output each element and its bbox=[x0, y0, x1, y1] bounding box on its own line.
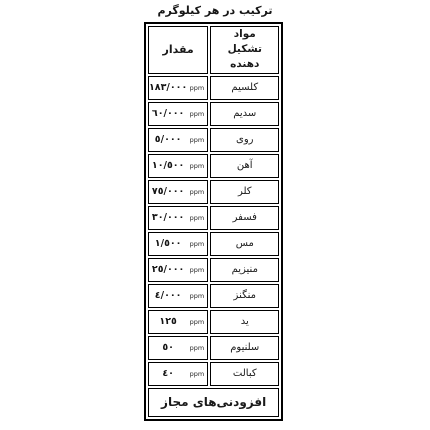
table-row: ١٨٣/٠٠٠ ppm کلسیم bbox=[148, 76, 279, 100]
table-row: ١/٥٠٠ ppm مس bbox=[148, 232, 279, 256]
table-row: ٥/٠٠٠ ppm روی bbox=[148, 128, 279, 152]
ingredient-name: ید bbox=[210, 310, 279, 334]
unit-label: ppm bbox=[187, 344, 207, 352]
amount-cell: ٤/٠٠٠ ppm bbox=[148, 284, 208, 308]
unit-label: ppm bbox=[187, 214, 207, 222]
amount-value: ٧٥/٠٠٠ bbox=[149, 186, 187, 197]
table-row: ٦٠/٠٠٠ ppm سدیم bbox=[148, 102, 279, 126]
table-body: ١٨٣/٠٠٠ ppm کلسیم ٦٠/٠٠٠ ppm سدیم ٥/٠٠٠ … bbox=[148, 76, 279, 386]
table-row: ٥٠ ppm سلنیوم bbox=[148, 336, 279, 360]
amount-value: ٢٥/٠٠٠ bbox=[149, 264, 187, 275]
unit-label: ppm bbox=[187, 162, 207, 170]
page: ترکیب در هر کیلوگرم مقدار مواد تشکیل دهن… bbox=[0, 0, 430, 430]
amount-cell: ١٨٣/٠٠٠ ppm bbox=[148, 76, 208, 100]
unit-label: ppm bbox=[187, 240, 207, 248]
unit-label: ppm bbox=[187, 318, 207, 326]
amount-cell: ٦٠/٠٠٠ ppm bbox=[148, 102, 208, 126]
table-row: ١٠/٥٠٠ ppm آهن bbox=[148, 154, 279, 178]
amount-value: ١٢٥ bbox=[149, 316, 187, 327]
table-row: ٢٥/٠٠٠ ppm منیزیم bbox=[148, 258, 279, 282]
table-row: ٤٠ ppm کبالت bbox=[148, 362, 279, 386]
unit-label: ppm bbox=[187, 110, 207, 118]
permitted-additives-cell: افزودنی‌های مجاز bbox=[148, 388, 279, 417]
unit-label: ppm bbox=[187, 292, 207, 300]
unit-label: ppm bbox=[187, 136, 207, 144]
ingredient-name: کبالت bbox=[210, 362, 279, 386]
amount-value: ٤٠ bbox=[149, 368, 187, 379]
ingredients-header-line2: تشکیل دهنده bbox=[214, 42, 275, 72]
table-row: ٧٥/٠٠٠ ppm کلر bbox=[148, 180, 279, 204]
amount-value: ١٠/٥٠٠ bbox=[149, 160, 187, 171]
ingredient-name: فسفر bbox=[210, 206, 279, 230]
amount-column-header: مقدار bbox=[148, 26, 208, 74]
ingredient-name: منیزیم bbox=[210, 258, 279, 282]
amount-cell: ٢٥/٠٠٠ ppm bbox=[148, 258, 208, 282]
amount-value: ٦٠/٠٠٠ bbox=[149, 108, 187, 119]
amount-cell: ٥٠ ppm bbox=[148, 336, 208, 360]
amount-cell: ١/٥٠٠ ppm bbox=[148, 232, 208, 256]
composition-table: مقدار مواد تشکیل دهنده ١٨٣/٠٠٠ ppm کلسیم… bbox=[144, 22, 283, 421]
table-row: ٣٠/٠٠٠ ppm فسفر bbox=[148, 206, 279, 230]
ingredient-name: کلسیم bbox=[210, 76, 279, 100]
amount-value: ١٨٣/٠٠٠ bbox=[149, 82, 187, 93]
ingredient-name: سلنیوم bbox=[210, 336, 279, 360]
ingredient-name: مس bbox=[210, 232, 279, 256]
ingredients-header-line1: مواد bbox=[214, 27, 275, 42]
amount-value: ٥/٠٠٠ bbox=[149, 134, 187, 145]
table-row: ١٢٥ ppm ید bbox=[148, 310, 279, 334]
table-header-row: مقدار مواد تشکیل دهنده bbox=[148, 26, 279, 74]
table-footer-row: افزودنی‌های مجاز bbox=[148, 388, 279, 417]
unit-label: ppm bbox=[187, 188, 207, 196]
unit-label: ppm bbox=[187, 266, 207, 274]
amount-value: ٥٠ bbox=[149, 342, 187, 353]
table-title: ترکیب در هر کیلوگرم bbox=[140, 4, 290, 17]
ingredient-name: روی bbox=[210, 128, 279, 152]
amount-value: ١/٥٠٠ bbox=[149, 238, 187, 249]
ingredient-name: سدیم bbox=[210, 102, 279, 126]
amount-cell: ٤٠ ppm bbox=[148, 362, 208, 386]
ingredient-name: منگنز bbox=[210, 284, 279, 308]
amount-cell: ١٠/٥٠٠ ppm bbox=[148, 154, 208, 178]
amount-value: ٤/٠٠٠ bbox=[149, 290, 187, 301]
ingredients-column-header: مواد تشکیل دهنده bbox=[210, 26, 279, 74]
ingredient-name: آهن bbox=[210, 154, 279, 178]
table-row: ٤/٠٠٠ ppm منگنز bbox=[148, 284, 279, 308]
amount-value: ٣٠/٠٠٠ bbox=[149, 212, 187, 223]
unit-label: ppm bbox=[187, 370, 207, 378]
ingredient-name: کلر bbox=[210, 180, 279, 204]
amount-cell: ٧٥/٠٠٠ ppm bbox=[148, 180, 208, 204]
amount-cell: ٣٠/٠٠٠ ppm bbox=[148, 206, 208, 230]
amount-cell: ٥/٠٠٠ ppm bbox=[148, 128, 208, 152]
unit-label: ppm bbox=[187, 84, 207, 92]
amount-cell: ١٢٥ ppm bbox=[148, 310, 208, 334]
